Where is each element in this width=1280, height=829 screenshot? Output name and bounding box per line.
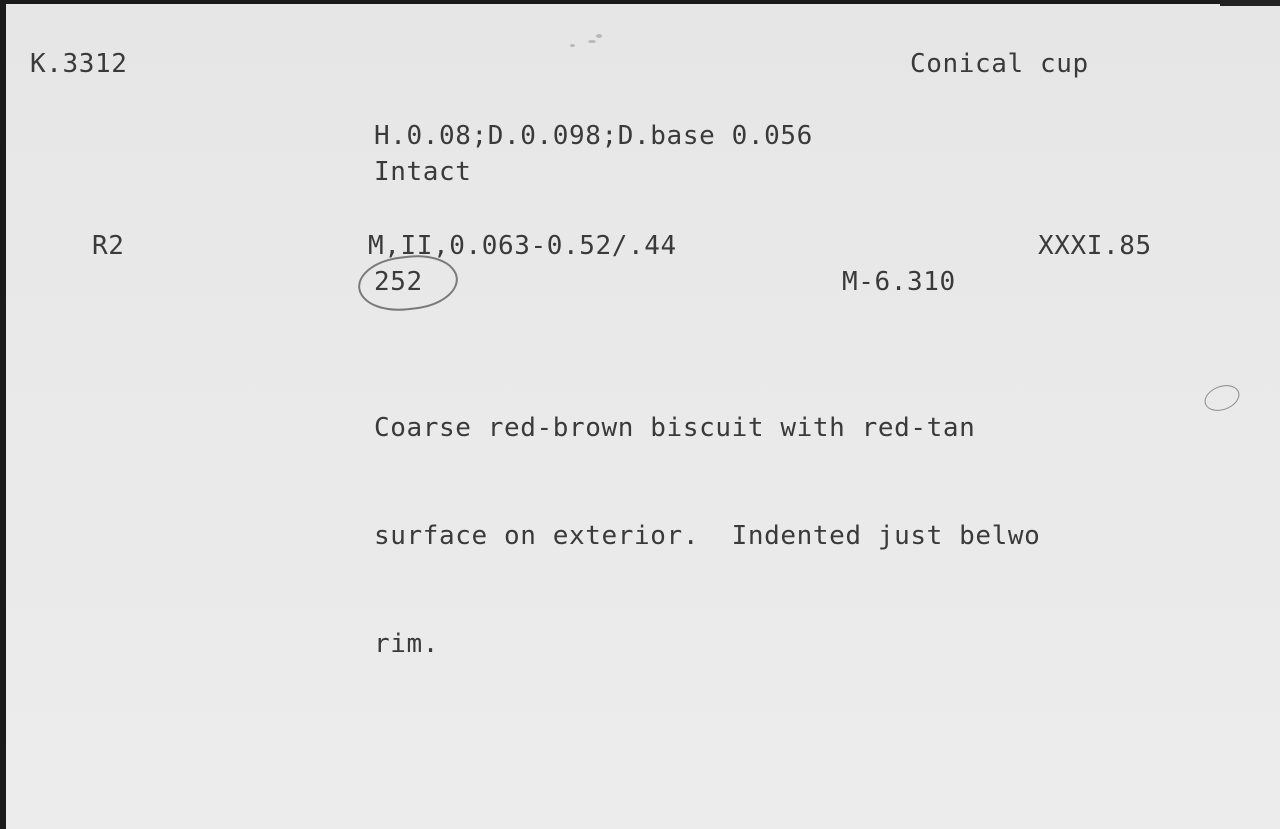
ink-smudge (566, 38, 606, 52)
dimensions: H.0.08;D.0.098;D.base 0.056 (374, 118, 813, 154)
description-line: Coarse red-brown biscuit with red-tan (374, 410, 1040, 446)
reference-number: M-6.310 (842, 264, 956, 300)
index-card: K.3312 Conical cup H.0.08;D.0.098;D.base… (6, 4, 1280, 829)
object-type: Conical cup (910, 46, 1089, 82)
inventory-number: XXXI.85 (1038, 228, 1152, 264)
context-reference: M,II,0.063-0.52/.44 (368, 228, 677, 264)
proofreading-mark (1201, 381, 1243, 416)
description-line: rim. (374, 626, 1040, 662)
description-line: surface on exterior. Indented just belwo (374, 518, 1040, 554)
location-code: R2 (92, 228, 125, 264)
catalog-number: K.3312 (30, 46, 128, 82)
condition: Intact (374, 154, 472, 190)
description: Coarse red-brown biscuit with red-tan su… (374, 338, 1040, 734)
field-number: 252 (374, 264, 423, 300)
